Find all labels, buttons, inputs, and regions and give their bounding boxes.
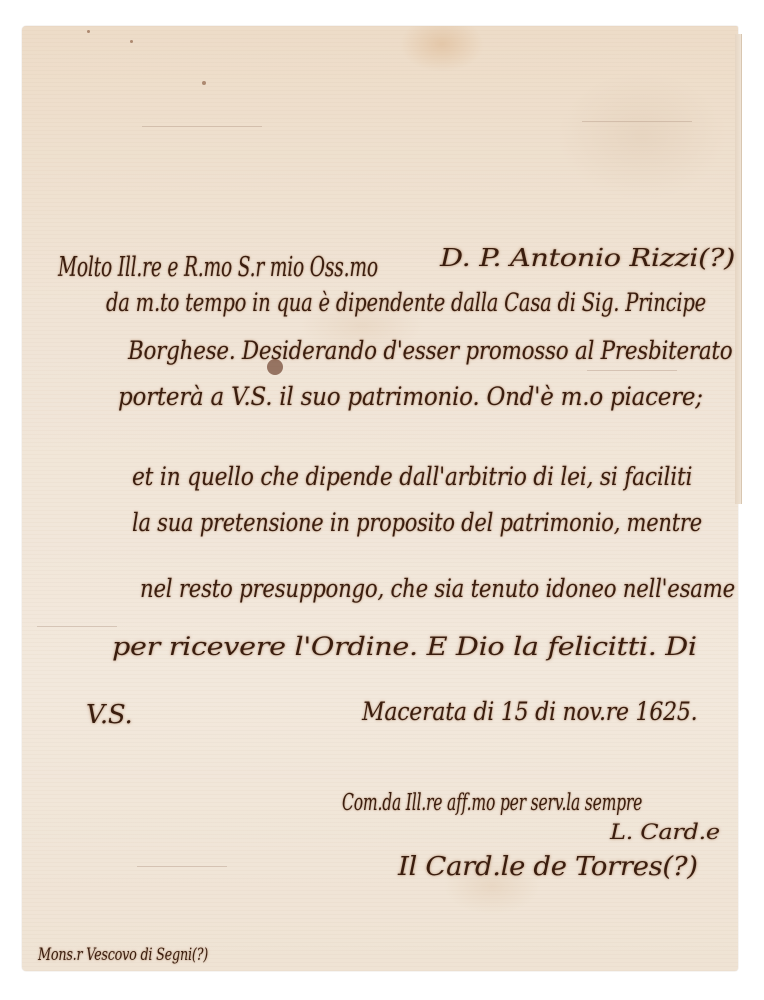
faint-rule-line	[587, 370, 677, 371]
vs-abbreviation: V.S.	[86, 700, 132, 730]
signature: Il Card.le de Torres(?)	[398, 852, 698, 882]
body-line-2: Borghese. Desiderando d'esser promosso a…	[128, 336, 732, 365]
addressee: D. P. Antonio Rizzi(?)	[440, 244, 735, 272]
faint-rule-line	[137, 866, 227, 867]
body-line-6: nel resto presuppongo, che sia tenuto id…	[140, 574, 735, 603]
faint-rule-line	[142, 126, 262, 127]
closing-formula-continued: L. Card.e	[610, 820, 720, 844]
paper-fold-edge	[735, 34, 742, 504]
recipient-note: Mons.r Vescovo di Segni(?)	[38, 945, 208, 965]
ink-speck	[130, 40, 133, 43]
faint-rule-line	[37, 626, 117, 627]
body-line-3: porterà a V.S. il suo patrimonio. Ond'è …	[118, 382, 703, 411]
dateline: Macerata di 15 di nov.re 1625.	[362, 697, 697, 726]
body-line-4: et in quello che dipende dall'arbitrio d…	[132, 462, 692, 491]
body-line-1: da m.to tempo in qua è dipendente dalla …	[106, 288, 706, 317]
body-line-7: per ricevere l'Ordine. E Dio la felicitt…	[112, 632, 697, 661]
faint-rule-line	[582, 121, 692, 122]
closing-formula: Com.da Ill.re aff.mo per serv.la sempre	[342, 790, 642, 816]
ink-speck	[202, 81, 206, 85]
ink-speck	[87, 30, 90, 33]
salutation: Molto Ill.re e R.mo S.r mio Oss.mo	[58, 252, 378, 283]
body-line-5: la sua pretensione in proposito del patr…	[132, 508, 702, 537]
